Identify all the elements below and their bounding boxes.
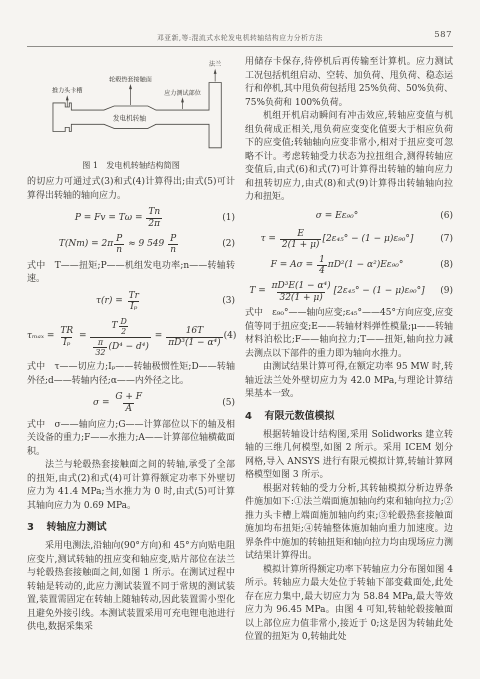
equation-2-number: (2) — [211, 238, 235, 252]
equation-6-body: σ = Eε₉₀° — [245, 210, 429, 224]
hub-contact-arrowhead — [129, 84, 132, 89]
test-location-label: 应力测试部位 — [164, 89, 201, 97]
equation-3: τ(r) = TrIₚ (3) — [27, 291, 235, 313]
equation-2-body: T(Nm) = 2πPn ≈ 9 549 Pn — [27, 234, 211, 256]
section-4-title: 有限元数值模拟 — [264, 411, 334, 422]
equation-6: σ = Eε₉₀° (6) — [245, 209, 453, 225]
para-storage: 用储存卡保存,待停机后再传输至计算机。应力测试工况包括机组启动、空转、加负荷、甩… — [245, 56, 453, 110]
para-shear-intro: 的切应力可通过式(3)和式(4)计算得出;由式(5)可计算得出转轴的轴向应力。 — [27, 176, 235, 203]
section-4-number: 4 — [245, 411, 252, 422]
paper-page: 邓亚新,等:混流式水轮发电机转轴结构应力分析方法 587 推力头卡槽 轮毂热套接… — [0, 0, 480, 645]
equation-4-body: τₘₐₓ = TRIₚ = TD2π32(D⁴ − d⁴) = 16TπD³(1… — [27, 317, 224, 357]
equation-8-number: (8) — [429, 259, 453, 273]
thrust-slot-label: 推力头卡槽 — [52, 87, 83, 95]
shaft-structure-diagram: 推力头卡槽 轮毂热套接触面 应力测试部位 法兰 发电机转轴 — [27, 56, 235, 158]
equation-8-body: F = Aσ = 14πD²(1 − α²)Eε₉₀° — [245, 255, 429, 277]
flange-arrowhead — [214, 69, 217, 74]
where-clause-4: 式中 ε₉₀°——轴向应变;ε₄₅°——45°方向应变,应变值等同于扭应变;E—… — [245, 307, 453, 361]
thrust-slot-arrowhead — [66, 95, 69, 100]
para-fem-model: 根据转轴设计结构图,采用 Solidworks 建立转轴的三维几何模型,如图 2… — [245, 429, 453, 483]
equation-6-number: (6) — [429, 210, 453, 224]
section-3-title: 转轴应力测试 — [46, 522, 106, 533]
left-column: 推力头卡槽 轮毂热套接触面 应力测试部位 法兰 发电机转轴 图 1 — [27, 56, 235, 645]
where-clause-1: 式中 T——扭矩;P——机组发电功率;n——转轴转速。 — [27, 260, 235, 287]
page-number: 587 — [434, 30, 452, 40]
equation-7-body: τ = E2(1 + μ)[2ε₄₅° − (1 − μ)ε₉₀°] — [245, 229, 429, 251]
running-title: 邓亚新,等:混流式水轮发电机转轴结构应力分析方法 — [27, 32, 453, 42]
figure-1-caption: 图 1 发电机转轴结构简图 — [27, 159, 235, 171]
hub-contact-label: 轮毂热套接触面 — [109, 76, 152, 84]
flange-label: 法兰 — [209, 60, 221, 68]
section-3-number: 3 — [27, 522, 34, 533]
equation-4-number: (4) — [224, 330, 237, 344]
two-column-body: 推力头卡槽 轮毂热套接触面 应力测试部位 法兰 发电机转轴 图 1 — [27, 56, 453, 645]
para-flange-calc: 法兰与轮毂热套接触面之间的转轴,承受了全部的扭矩,由式(2)和式(4)可计算得额… — [27, 459, 235, 513]
test-location-arrowhead — [181, 97, 184, 102]
equation-1: P = Fv = Tω = Tn2π (1) — [27, 207, 235, 229]
shaft-name-label: 发电机转轴 — [113, 113, 146, 122]
equation-9-number: (9) — [429, 285, 453, 299]
equation-3-number: (3) — [211, 295, 235, 309]
section-4-heading: 4 有限元数值模拟 — [245, 409, 453, 424]
equation-8: F = Aσ = 14πD²(1 − α²)Eε₉₀° (8) — [245, 255, 453, 277]
equation-3-body: τ(r) = TrIₚ — [27, 291, 211, 313]
where-clause-2: 式中 τ——切应力;Iₚ——转轴极惯性矩;D——转轴外径;d——转轴内径;α——… — [27, 361, 235, 388]
para-simulation-result: 模拟计算所得额定功率下转轴应力分布图如图 4 所示。转轴应力最大处位于转轴下部变… — [245, 564, 453, 645]
section-3-heading: 3 转轴应力测试 — [27, 520, 235, 535]
equation-7: τ = E2(1 + μ)[2ε₄₅° − (1 − μ)ε₉₀°] (7) — [245, 229, 453, 251]
para-startup: 机组开机启动瞬间有冲击效应,转轴应变值与机组负荷成正相关,甩负荷应变变化值要大于… — [245, 110, 453, 205]
right-column: 用储存卡保存,待停机后再传输至计算机。应力测试工况包括机组启动、空转、加负荷、甩… — [245, 56, 453, 645]
equation-4: τₘₐₓ = TRIₚ = TD2π32(D⁴ − d⁴) = 16TπD³(1… — [27, 317, 235, 357]
para-test-result: 由测试结果计算可得,在额定功率 95 MW 时,转轴近法兰处外壁切应力为 42.… — [245, 361, 453, 402]
equation-7-number: (7) — [429, 233, 453, 247]
equation-1-number: (1) — [211, 212, 235, 226]
para-boundary-conditions: 根据对转轴的受力分析,其转轴模拟分析边界条件施加如下:①法兰端面施加轴向约束和轴… — [245, 483, 453, 564]
equation-5: σ = G + FA (5) — [27, 392, 235, 414]
header-divider — [27, 46, 453, 47]
page-header: 邓亚新,等:混流式水轮发电机转轴结构应力分析方法 587 — [27, 30, 453, 43]
equation-5-number: (5) — [211, 397, 235, 411]
where-clause-3: 式中 σ——轴向应力;G——计算部位以下的轴及相关设备的重力;F——水推力;A—… — [27, 419, 235, 460]
equation-9: T = πD³E(1 − α⁴)32(1 + μ)[2ε₄₅° − (1 − μ… — [245, 281, 453, 303]
equation-1-body: P = Fv = Tω = Tn2π — [27, 207, 211, 229]
figure-1: 推力头卡槽 轮毂热套接触面 应力测试部位 法兰 发电机转轴 图 1 — [27, 56, 235, 171]
para-test-method: 采用电测法,沿轴向(90°方向)和 45°方向贴电阻应变片,测试转轴的扭应变和轴… — [27, 540, 235, 635]
equation-5-body: σ = G + FA — [27, 392, 211, 414]
equation-2: T(Nm) = 2πPn ≈ 9 549 Pn (2) — [27, 234, 235, 256]
equation-9-body: T = πD³E(1 − α⁴)32(1 + μ)[2ε₄₅° − (1 − μ… — [245, 281, 429, 303]
